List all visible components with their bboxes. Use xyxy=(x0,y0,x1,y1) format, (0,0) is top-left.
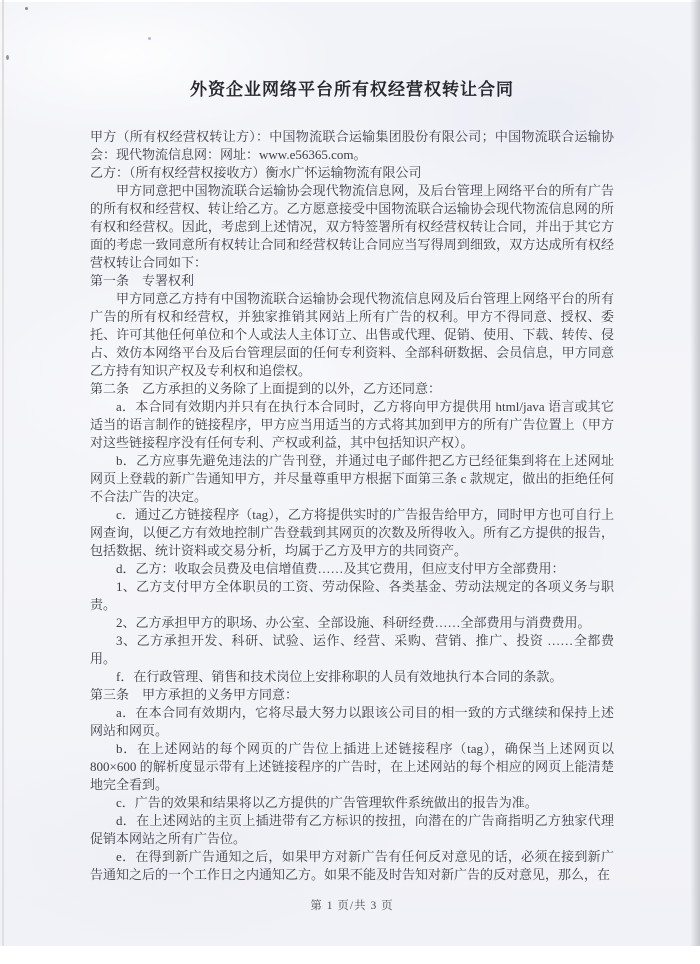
contract-paragraph: 甲方（所有权经营权转让方）：中国物流联合运输集团股份有限公司；中国物流联合运输协… xyxy=(90,128,614,164)
scan-left-edge xyxy=(2,0,4,946)
contract-title: 外资企业网络平台所有权经营权转让合同 xyxy=(90,78,614,102)
scan-bottom-white-strip xyxy=(0,946,700,964)
contract-paragraph: b．在上述网站的每个网页的广告位上插进上述链接程序（tag），确保当上述网页以8… xyxy=(90,740,614,794)
contract-paragraph: c．通过乙方链接程序（tag），乙方将提供实时的广告报告给甲方，同时甲方也可自行… xyxy=(90,506,614,560)
contract-paragraph: 第三条 甲方承担的义务甲方同意： xyxy=(90,686,614,704)
contract-paragraph: c．广告的效果和结果将以乙方提供的广告管理软件系统做出的报告为准。 xyxy=(90,794,614,812)
contract-paragraph: 1、乙方支付甲方全体职员的工资、劳动保险、各类基金、劳动法规定的各项义务与职责。 xyxy=(90,578,614,614)
contract-paragraph: a．本合同有效期内并只有在执行本合同时，乙方将向甲方提供用 html/java … xyxy=(90,398,614,452)
contract-paragraph: b．乙方应事先避免违法的广告刊登，并通过电子邮件把乙方已经征集到将在上述网址网页… xyxy=(90,452,614,506)
contract-paragraph: a．在本合同有效期内，它将尽最大努力以跟该公司目的相一致的方式继续和保持上述网站… xyxy=(90,704,614,740)
contract-paragraph: 乙方：（所有权经营权接收方）衡水广怀运输物流有限公司 xyxy=(90,164,614,182)
contract-content: 外资企业网络平台所有权经营权转让合同 甲方（所有权经营权转让方）：中国物流联合运… xyxy=(90,0,614,913)
scan-artifact-speck xyxy=(6,55,9,60)
scan-right-edge-shadow xyxy=(690,0,700,946)
scan-artifact-speck xyxy=(25,7,28,10)
contract-paragraph: 甲方同意乙方持有中国物流联合运输协会现代物流信息网及后台管理上网络平台的所有广告… xyxy=(90,290,614,380)
page-number: 第 1 页/共 3 页 xyxy=(90,897,614,913)
contract-paragraph: 甲方同意把中国物流联合运输协会现代物流信息网，及后台管理上网络平台的所有广告的所… xyxy=(90,182,614,272)
contract-body: 甲方（所有权经营权转让方）：中国物流联合运输集团股份有限公司；中国物流联合运输协… xyxy=(90,128,614,884)
contract-paragraph: f．在行政管理、销售和技术岗位上安排称职的人员有效地执行本合同的条款。 xyxy=(90,668,614,686)
contract-paragraph: d．乙方：收取会员费及电信增值费……及其它费用，但应支付甲方全部费用： xyxy=(90,560,614,578)
contract-paragraph: 3、乙方承担开发、科研、试验、运作、经营、采购、营销、推广、投资 ……全都费用。 xyxy=(90,632,614,668)
contract-paragraph: e．在得到新广告通知之后，如果甲方对新广告有任何反对意见的话，必须在接到新广告通… xyxy=(90,848,614,884)
scanned-contract-page: 外资企业网络平台所有权经营权转让合同 甲方（所有权经营权转让方）：中国物流联合运… xyxy=(0,0,700,946)
contract-paragraph: 第二条 乙方承担的义务除了上面提到的以外，乙方还同意： xyxy=(90,380,614,398)
contract-paragraph: 第一条 专署权利 xyxy=(90,272,614,290)
contract-paragraph: 2、乙方承担甲方的职场、办公室、全部设施、科研经费……全部费用与消费费用。 xyxy=(90,614,614,632)
contract-paragraph: d．在上述网站的主页上插进带有乙方标识的按扭，向潜在的广告商指明乙方独家代理促销… xyxy=(90,812,614,848)
